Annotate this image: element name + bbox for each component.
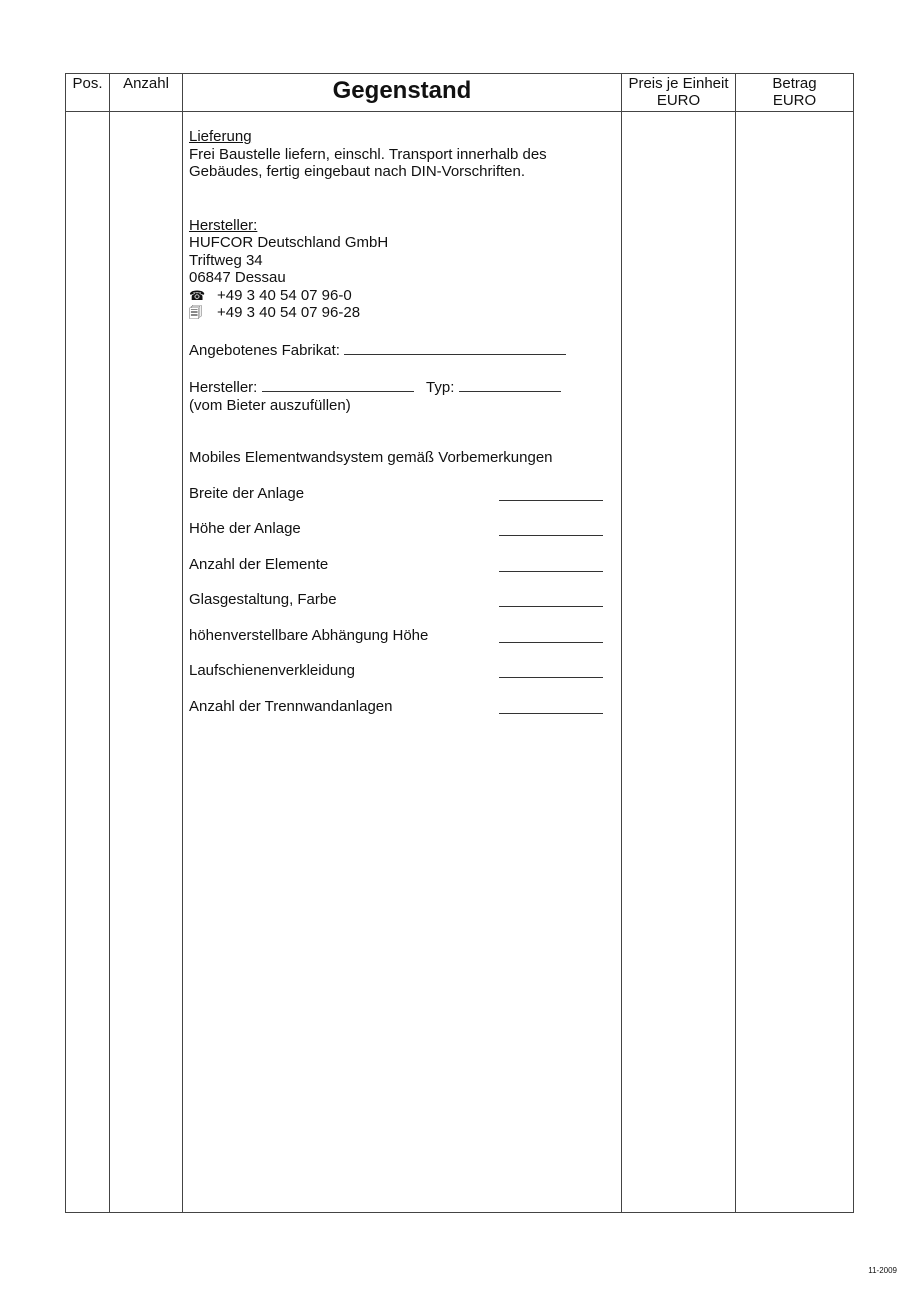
hersteller-fax: 🗐+49 3 40 54 07 96-28 <box>189 304 619 322</box>
header-preis: Preis je Einheit EURO <box>622 74 735 111</box>
hersteller-field[interactable] <box>262 377 414 392</box>
column-divider <box>621 74 622 1212</box>
hersteller-title: Hersteller: <box>189 217 619 235</box>
field-row: Anzahl der Elemente <box>189 556 609 574</box>
field-row: höhenverstellbare Abhängung Höhe <box>189 627 609 645</box>
hersteller-city: 06847 Dessau <box>189 269 619 287</box>
lieferung-line2: Gebäudes, fertig eingebaut nach DIN-Vors… <box>189 163 619 181</box>
field-row: Anzahl der Trennwandanlagen <box>189 698 609 716</box>
field-row: Laufschienenverkleidung <box>189 662 609 680</box>
column-divider <box>735 74 736 1212</box>
system-title: Mobiles Elementwandsystem gemäß Vorbemer… <box>189 449 619 467</box>
header-anzahl: Anzahl <box>110 74 182 111</box>
hersteller-company: HUFCOR Deutschland GmbH <box>189 234 619 252</box>
field-blank[interactable] <box>499 606 603 607</box>
header-preis-line2: EURO <box>622 92 735 109</box>
field-blank[interactable] <box>499 713 603 714</box>
typ-field[interactable] <box>459 377 561 392</box>
field-blank[interactable] <box>499 677 603 678</box>
header-betrag-line1: Betrag <box>736 75 853 92</box>
field-blank[interactable] <box>499 535 603 536</box>
hersteller-street: Triftweg 34 <box>189 252 619 270</box>
column-divider <box>109 74 110 1212</box>
fabrikat-row: Angebotenes Fabrikat: <box>189 340 619 360</box>
header-preis-line1: Preis je Einheit <box>622 75 735 92</box>
item-description: Lieferung Frei Baustelle liefern, einsch… <box>189 128 619 727</box>
bieter-note: (vom Bieter auszufüllen) <box>189 397 619 415</box>
telephone-icon: ☎ <box>189 287 217 305</box>
lieferung-line1: Frei Baustelle liefern, einschl. Transpo… <box>189 146 619 164</box>
header-pos: Pos. <box>66 74 109 111</box>
field-row: Breite der Anlage <box>189 485 609 503</box>
header-gegenstand: Gegenstand <box>183 74 621 111</box>
header-betrag-line2: EURO <box>736 92 853 109</box>
header-divider <box>66 111 853 112</box>
column-divider <box>182 74 183 1212</box>
field-row: Höhe der Anlage <box>189 520 609 538</box>
footer-date: 11-2009 <box>868 1266 897 1275</box>
field-blank[interactable] <box>499 500 603 501</box>
field-blank[interactable] <box>499 642 603 643</box>
lieferung-title: Lieferung <box>189 128 619 146</box>
field-row: Glasgestaltung, Farbe <box>189 591 609 609</box>
fabrikat-field[interactable] <box>344 340 566 355</box>
hersteller-phone: ☎+49 3 40 54 07 96-0 <box>189 287 619 305</box>
fax-icon: 🗐 <box>189 304 217 322</box>
system-fields: Breite der Anlage Höhe der Anlage Anzahl… <box>189 467 619 727</box>
header-betrag: Betrag EURO <box>736 74 853 111</box>
hersteller-typ-row: Hersteller: Typ: <box>189 377 619 397</box>
field-blank[interactable] <box>499 571 603 572</box>
